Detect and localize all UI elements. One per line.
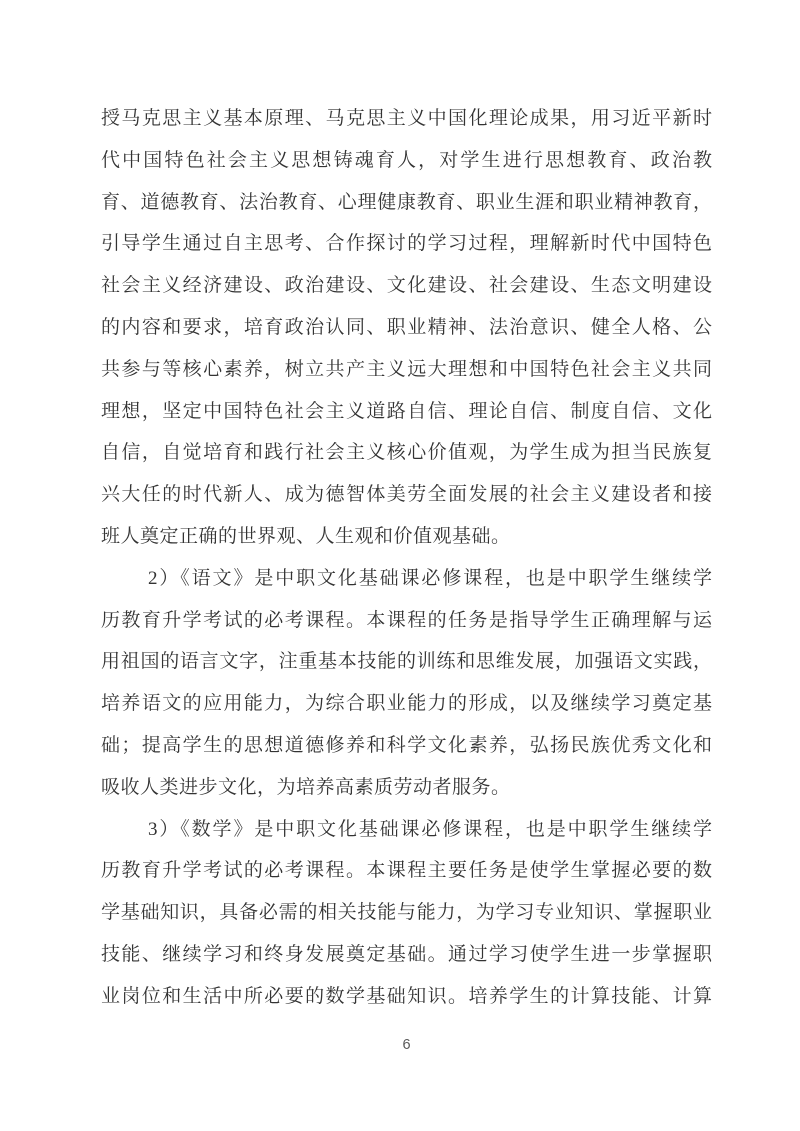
text-line: 兴大任的时代新人、成为德智体美劳全面发展的社会主义建设者和接 (101, 474, 712, 516)
text-line: 础；提高学生的思想道德修养和科学文化素养，弘扬民族优秀文化和 (101, 725, 712, 767)
text-line: 历教育升学考试的必考课程。本课程主要任务是使学生掌握必要的数 (101, 850, 712, 892)
text-line: 3）《数学》是中职文化基础课必修课程，也是中职学生继续学 (101, 809, 712, 851)
page-footer: 6 (101, 1036, 712, 1054)
text-line: 学基础知识，具备必需的相关技能与能力，为学习专业知识、掌握职业 (101, 892, 712, 934)
text-line: 用祖国的语言文字，注重基本技能的训练和思维发展，加强语文实践， (101, 641, 712, 683)
paragraph-chinese-course: 2）《语文》是中职文化基础课必修课程，也是中职学生继续学历教育升学考试的必考课程… (101, 558, 712, 809)
text-line: 技能、继续学习和终身发展奠定基础。通过学习使学生进一步掌握职 (101, 934, 712, 976)
text-line: 共参与等核心素养，树立共产主义远大理想和中国特色社会主义共同 (101, 349, 712, 391)
text-line: 引导学生通过自主思考、合作探讨的学习过程，理解新时代中国特色 (101, 223, 712, 265)
text-line: 班人奠定正确的世界观、人生观和价值观基础。 (101, 516, 712, 558)
text-line: 代中国特色社会主义思想铸魂育人，对学生进行思想教育、政治教 (101, 140, 712, 182)
text-line: 历教育升学考试的必考课程。本课程的任务是指导学生正确理解与运 (101, 600, 712, 642)
text-line: 育、道德教育、法治教育、心理健康教育、职业生涯和职业精神教育， (101, 182, 712, 224)
text-line: 授马克思主义基本原理、马克思主义中国化理论成果，用习近平新时 (101, 98, 712, 140)
paragraph-math-course: 3）《数学》是中职文化基础课必修课程，也是中职学生继续学历教育升学考试的必考课程… (101, 809, 712, 1018)
text-line: 理想，坚定中国特色社会主义道路自信、理论自信、制度自信、文化 (101, 391, 712, 433)
document-page: 授马克思主义基本原理、马克思主义中国化理论成果，用习近平新时代中国特色社会主义思… (0, 0, 800, 1131)
paragraph-ideology-course-continuation: 授马克思主义基本原理、马克思主义中国化理论成果，用习近平新时代中国特色社会主义思… (101, 98, 712, 558)
page-number: 6 (402, 1037, 410, 1053)
text-line: 业岗位和生活中所必要的数学基础知识。培养学生的计算技能、计算 (101, 976, 712, 1018)
text-line: 自信，自觉培育和践行社会主义核心价值观，为学生成为担当民族复 (101, 432, 712, 474)
text-line: 培养语文的应用能力，为综合职业能力的形成，以及继续学习奠定基 (101, 683, 712, 725)
text-line: 的内容和要求，培育政治认同、职业精神、法治意识、健全人格、公 (101, 307, 712, 349)
text-line: 2）《语文》是中职文化基础课必修课程，也是中职学生继续学 (101, 558, 712, 600)
document-body: 授马克思主义基本原理、马克思主义中国化理论成果，用习近平新时代中国特色社会主义思… (101, 98, 712, 1018)
text-line: 吸收人类进步文化，为培养高素质劳动者服务。 (101, 767, 712, 809)
text-line: 社会主义经济建设、政治建设、文化建设、社会建设、生态文明建设 (101, 265, 712, 307)
